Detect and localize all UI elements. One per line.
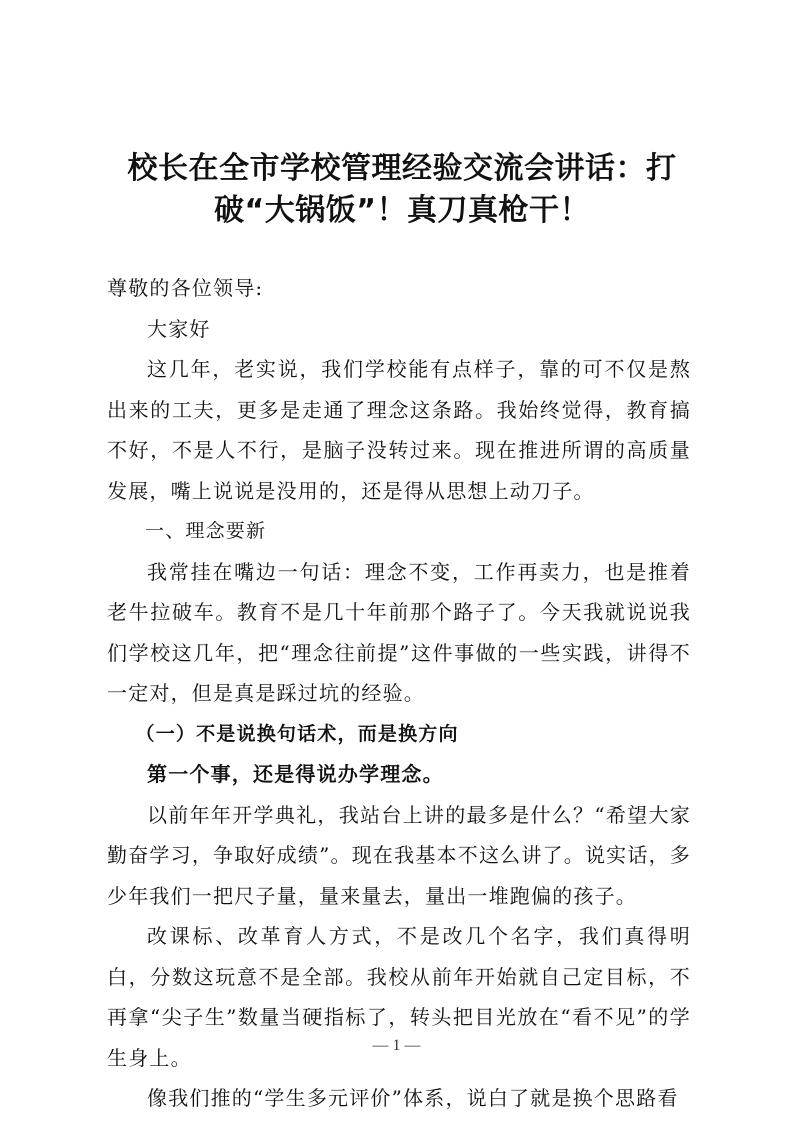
subsection-paragraph-3: 像我们推的“学生多元评价”体系，说白了就是换个思路看: [107, 1078, 691, 1119]
page-number: — 1 —: [0, 1037, 793, 1055]
subsection-heading-1: （一）不是说换句话术，而是换方向: [107, 714, 691, 755]
subsection-lead: 第一个事，还是得说办学理念。: [107, 754, 691, 795]
greeting: 大家好: [107, 309, 691, 350]
section1-paragraph: 我常挂在嘴边一句话：理念不变，工作再卖力，也是推着老牛拉破车。教育不是几十年前那…: [107, 552, 691, 714]
document-page: 校长在全市学校管理经验交流会讲话：打破“大锅饭”！真刀真枪干！ 尊敬的各位领导:…: [0, 0, 793, 1122]
salutation: 尊敬的各位领导:: [107, 268, 691, 309]
document-body: 尊敬的各位领导: 大家好 这几年，老实说，我们学校能有点样子，靠的可不仅是熬出来…: [107, 268, 691, 1119]
section-heading-1: 一、理念要新: [107, 511, 691, 552]
intro-paragraph: 这几年，老实说，我们学校能有点样子，靠的可不仅是熬出来的工夫，更多是走通了理念这…: [107, 349, 691, 511]
subsection-paragraph-1: 以前年年开学典礼，我站台上讲的最多是什么？“希望大家勤奋学习，争取好成绩”。现在…: [107, 795, 691, 917]
document-title: 校长在全市学校管理经验交流会讲话：打破“大锅饭”！真刀真枪干！: [100, 148, 704, 232]
